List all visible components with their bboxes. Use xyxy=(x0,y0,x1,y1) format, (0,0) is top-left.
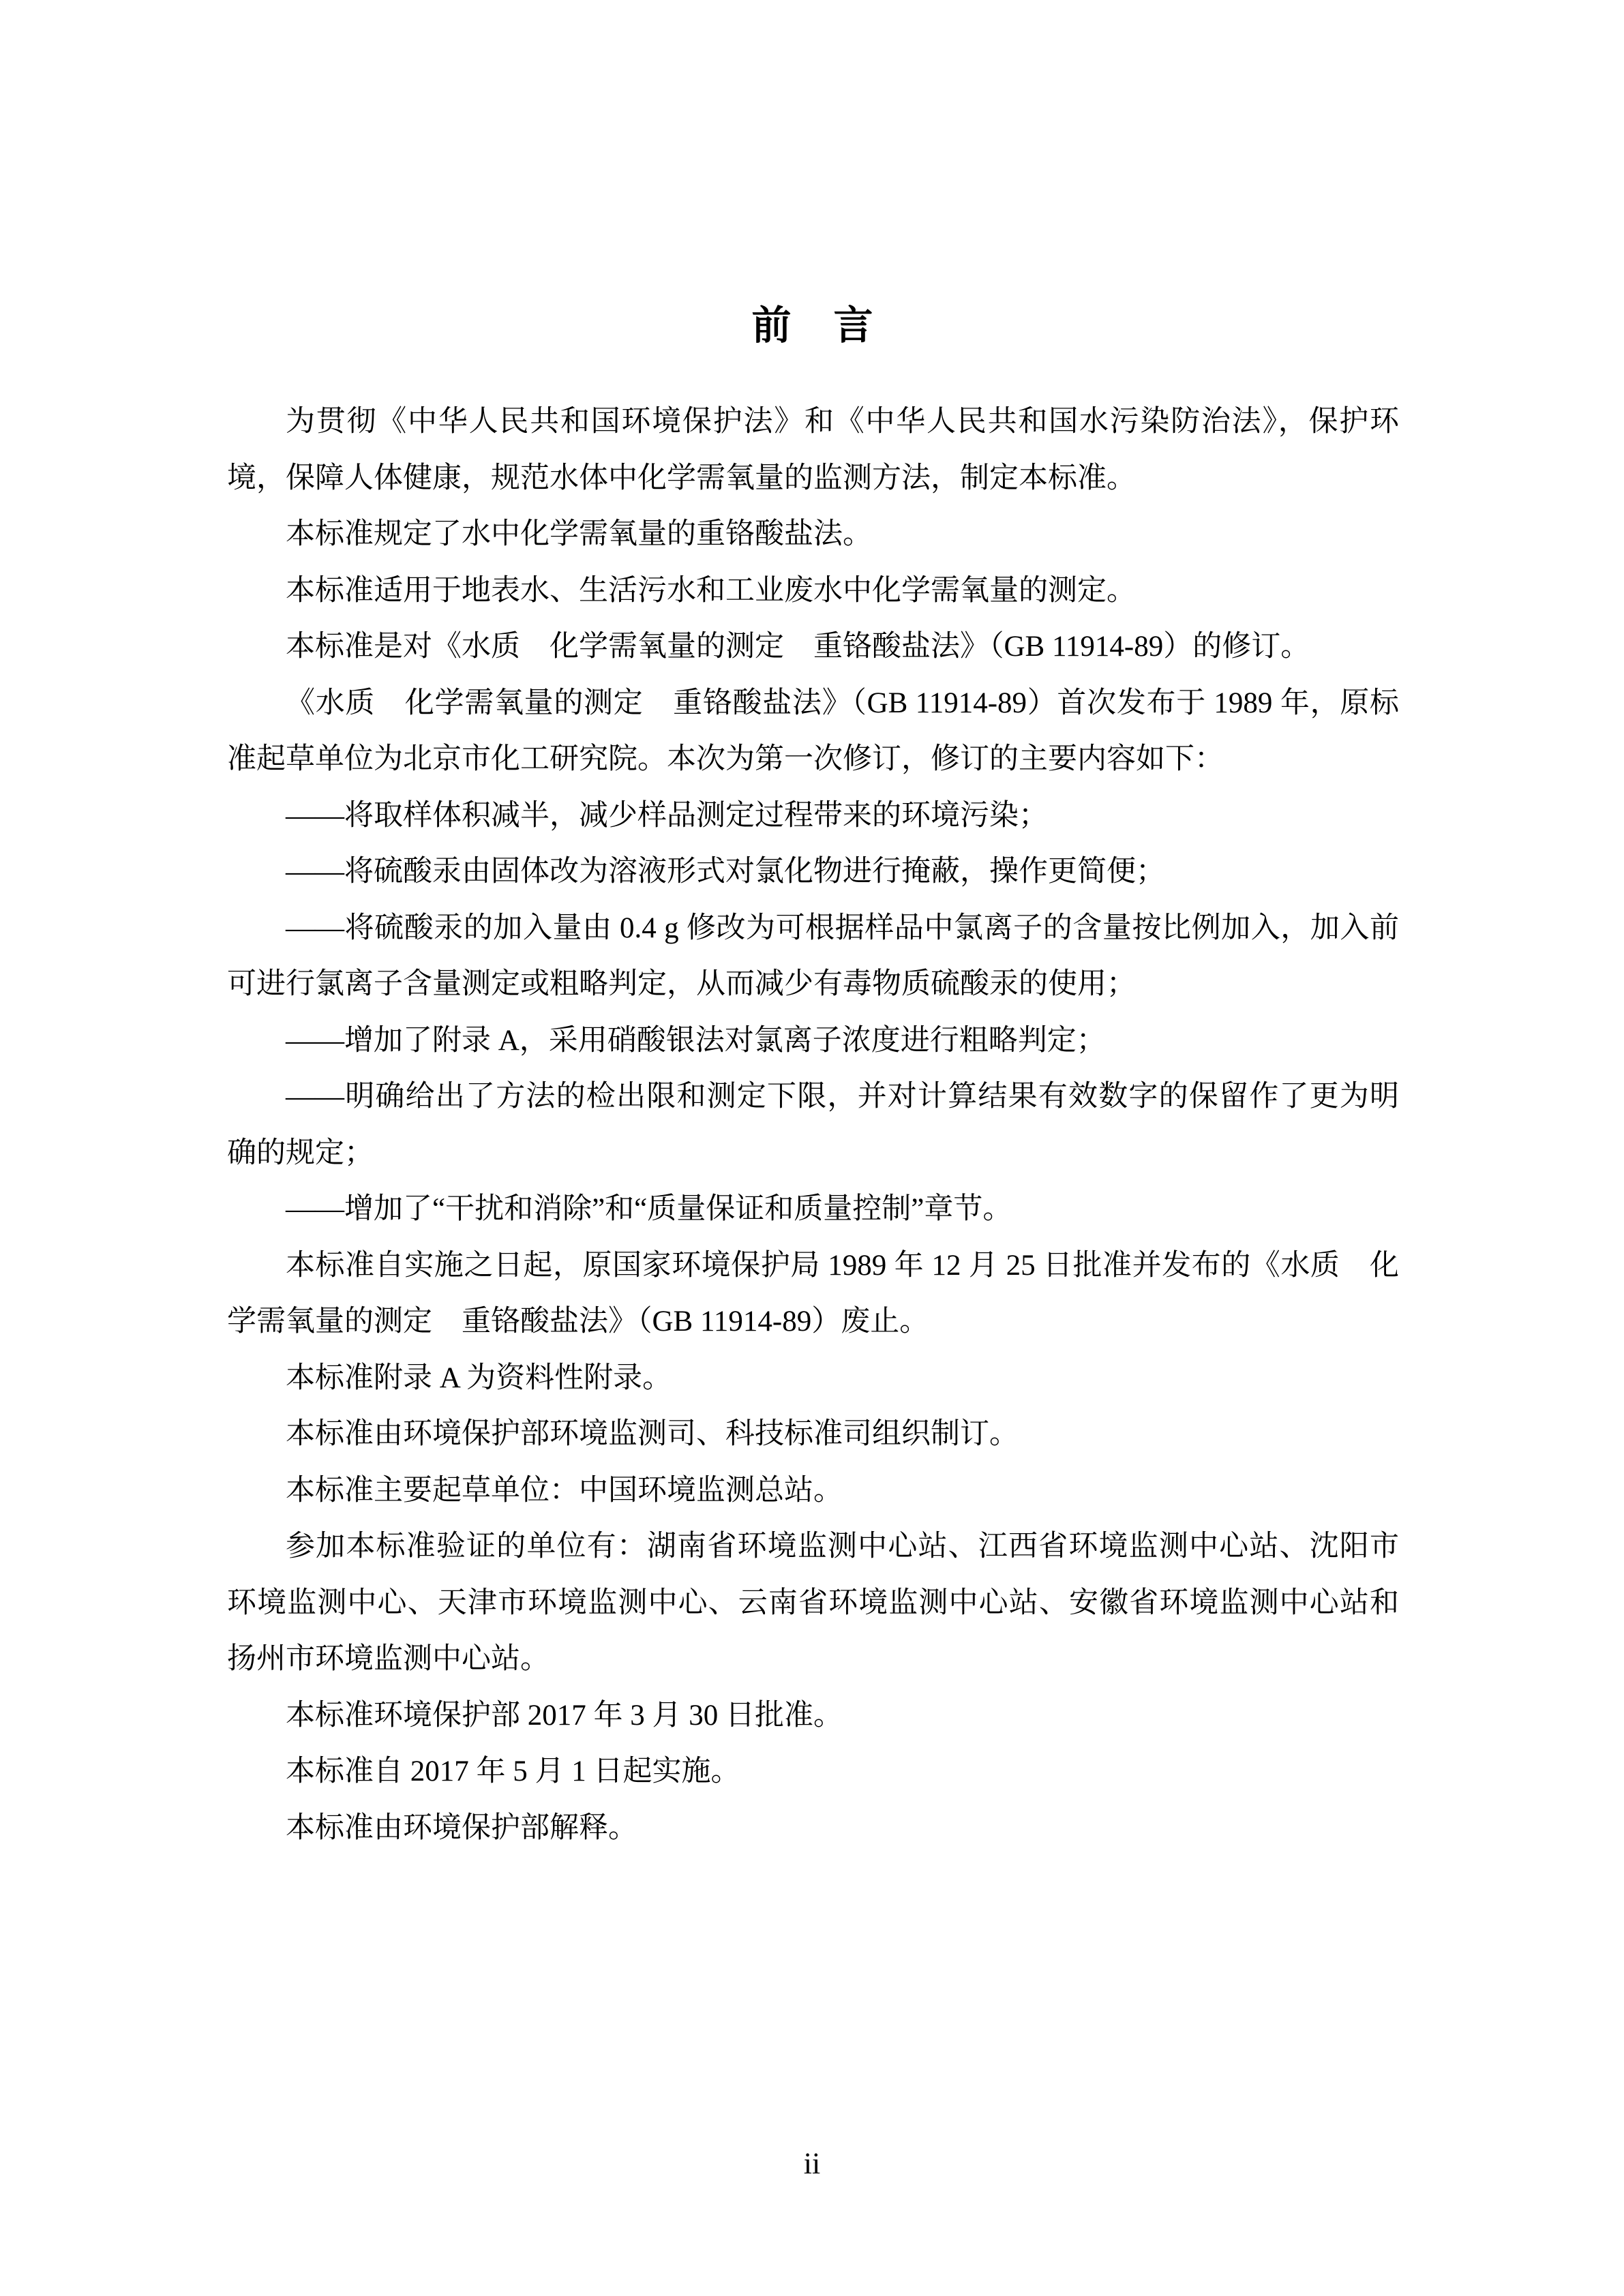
paragraph-revision-item: ——将硫酸汞由固体改为溶液形式对氯化物进行掩蔽，操作更简便； xyxy=(227,844,1399,901)
document-page: 前 言 为贯彻《中华人民共和国环境保护法》和《中华人民共和国水污染防治法》，保护… xyxy=(0,0,1624,2296)
paragraph-revision-item: ——增加了附录 A，采用硝酸银法对氯离子浓度进行粗略判定； xyxy=(227,1013,1399,1070)
paragraph: 本标准由环境保护部环境监测司、科技标准司组织制订。 xyxy=(227,1406,1399,1463)
paragraph: 参加本标准验证的单位有：湖南省环境监测中心站、江西省环境监测中心站、沈阳市环境监… xyxy=(227,1519,1399,1688)
page-number: ii xyxy=(0,2146,1624,2181)
document-body: 为贯彻《中华人民共和国环境保护法》和《中华人民共和国水污染防治法》，保护环境，保… xyxy=(227,394,1399,1856)
paragraph: 本标准适用于地表水、生活污水和工业废水中化学需氧量的测定。 xyxy=(227,563,1399,620)
paragraph: 本标准规定了水中化学需氧量的重铬酸盐法。 xyxy=(227,507,1399,563)
page-content: 前 言 为贯彻《中华人民共和国环境保护法》和《中华人民共和国水污染防治法》，保护… xyxy=(227,0,1399,1856)
paragraph: 本标准自 2017 年 5 月 1 日起实施。 xyxy=(227,1744,1399,1800)
paragraph-revision-item: ——将取样体积减半，减少样品测定过程带来的环境污染； xyxy=(227,788,1399,845)
paragraph: 本标准自实施之日起，原国家环境保护局 1989 年 12 月 25 日批准并发布… xyxy=(227,1238,1399,1350)
paragraph: 本标准附录 A 为资料性附录。 xyxy=(227,1350,1399,1407)
page-title: 前 言 xyxy=(227,294,1399,357)
paragraph: 《水质 化学需氧量的测定 重铬酸盐法》（GB 11914-89）首次发布于 19… xyxy=(227,676,1399,788)
paragraph: 本标准环境保护部 2017 年 3 月 30 日批准。 xyxy=(227,1688,1399,1744)
paragraph: 本标准是对《水质 化学需氧量的测定 重铬酸盐法》（GB 11914-89）的修订… xyxy=(227,619,1399,676)
paragraph: 本标准由环境保护部解释。 xyxy=(227,1800,1399,1857)
paragraph-revision-item: ——明确给出了方法的检出限和测定下限，并对计算结果有效数字的保留作了更为明确的规… xyxy=(227,1069,1399,1181)
paragraph: 为贯彻《中华人民共和国环境保护法》和《中华人民共和国水污染防治法》，保护环境，保… xyxy=(227,394,1399,507)
paragraph-revision-item: ——将硫酸汞的加入量由 0.4 g 修改为可根据样品中氯离子的含量按比例加入，加… xyxy=(227,901,1399,1013)
paragraph-revision-item: ——增加了“干扰和消除”和“质量保证和质量控制”章节。 xyxy=(227,1181,1399,1238)
paragraph: 本标准主要起草单位：中国环境监测总站。 xyxy=(227,1463,1399,1520)
